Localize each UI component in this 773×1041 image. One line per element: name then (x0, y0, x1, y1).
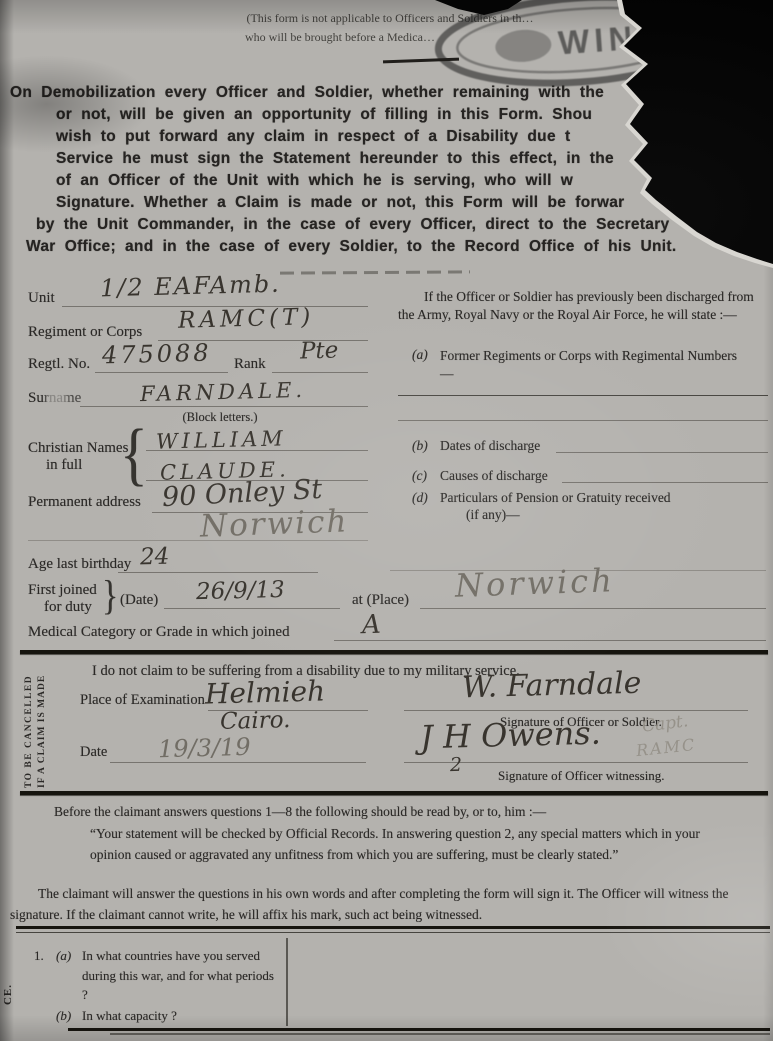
medical-label: Medical Category or Grade in which joine… (28, 624, 290, 641)
ink-smudge (280, 270, 470, 274)
rank-label: Rank (234, 356, 266, 373)
intro-line: by the Unit Commander, in the case of ev… (36, 216, 669, 234)
discharge-d-tag: (d) (412, 490, 428, 506)
medical-rule (334, 640, 766, 641)
cancel-sidebar-line2: IF A CLAIM IS MADE (37, 660, 47, 788)
surname-label: Surname (28, 390, 81, 407)
margin-vertical-text: CE. (2, 984, 14, 1005)
age-value: 24 (140, 544, 170, 571)
surname-hint: (Block letters.) (130, 410, 310, 425)
exam-date-label: Date (80, 744, 107, 761)
rank-rule (272, 372, 368, 373)
discharge-a-text: Former Regiments or Corps with Regimenta… (440, 347, 750, 382)
joined-place-rule (420, 608, 766, 609)
exam-place-label: Place of Examination (80, 692, 205, 709)
discharge-blank-rule-1 (398, 395, 768, 396)
christian-names-label: Christian Names (28, 440, 128, 457)
table-bottom-rule-a (68, 1028, 770, 1031)
officer-rank-pencil-1: Capt. (641, 711, 689, 736)
officer-sig-mark: 2 (450, 754, 463, 776)
intro-line: or not, will be given an opportunity of … (56, 106, 592, 124)
discharge-c-rule (562, 482, 768, 483)
regtl-no-label: Regtl. No. (28, 356, 90, 373)
joined-label-1: First joined (28, 582, 97, 599)
scanned-demobilization-form: (This form is not applicable to Officers… (0, 0, 773, 1041)
discharge-c-tag: (c) (412, 468, 427, 484)
table-top-rule-a (16, 926, 770, 929)
intro-line: On Demobilization every Officer and Sold… (10, 84, 604, 102)
christian-value-1: WILLIAM (156, 426, 287, 453)
instructions-p2: “Your statement will be checked by Offic… (90, 824, 706, 865)
joined-date-label: (Date) (120, 592, 158, 609)
address-label: Permanent address (28, 494, 141, 511)
regtl-no-rule (95, 372, 228, 373)
discharge-d-text2: (if any)— (466, 507, 520, 523)
joined-label-2: for duty (44, 599, 92, 616)
section-rule-2 (20, 791, 768, 795)
discharge-blank-rule-2 (398, 420, 768, 421)
surname-rule (80, 406, 368, 407)
joined-brace (102, 574, 118, 620)
medical-value: A (362, 610, 382, 640)
intro-line: of an Officer of the Unit with which he … (56, 172, 573, 190)
discharge-a-tag: (a) (412, 347, 428, 363)
joined-place-label: at (Place) (352, 592, 409, 609)
regiment-label: Regiment or Corps (28, 324, 142, 341)
q1b-text: In what capacity ? (82, 1008, 177, 1024)
section-rule-1 (20, 650, 768, 654)
regiment-value: RAMC(T) (178, 304, 315, 334)
discharge-d-text: Particulars of Pension or Gratuity recei… (440, 490, 671, 506)
q1a-tag: (a) (56, 948, 71, 964)
discharge-b-rule (556, 452, 768, 453)
q1a-text: In what countries have you served during… (82, 946, 282, 1005)
christian-brace (120, 413, 148, 493)
discharge-c-text: Causes of discharge (440, 468, 548, 484)
instructions-p3: The claimant will answer the questions i… (10, 884, 764, 925)
exam-date-value: 19/3/19 (158, 733, 251, 763)
exam-date-rule (110, 762, 366, 763)
officer-sig-caption: Signature of Officer witnessing. (498, 768, 665, 784)
intro-line: War Office; and in the case of every Sol… (26, 238, 676, 256)
joined-date-rule (164, 608, 340, 609)
officer-rank-pencil-2: RAMC (635, 735, 697, 760)
instructions-p1: Before the claimant answers questions 1—… (16, 802, 760, 822)
rank-value: Pte (300, 338, 339, 365)
table-top-rule-b (16, 932, 770, 933)
cancel-sidebar-line1: TO BE CANCELLED (24, 660, 34, 788)
intro-line: Signature. Whether a Claim is made or no… (56, 194, 624, 212)
joined-date-value: 26/9/13 (196, 577, 285, 605)
age-label: Age last birthday (28, 556, 131, 573)
soldier-sig-rule (404, 710, 748, 711)
intro-line: wish to put forward any claim in respect… (56, 128, 570, 146)
exam-place-value-2: Cairo. (220, 707, 291, 735)
discharge-intro: If the Officer or Soldier has previously… (398, 288, 770, 323)
cancel-sidebar: TO BE CANCELLED IF A CLAIM IS MADE (24, 660, 47, 788)
regtl-no-value: 475088 (102, 339, 212, 370)
exam-place-value-1: Helmieh (205, 674, 326, 710)
q1b-tag: (b) (56, 1008, 71, 1024)
unit-label: Unit (28, 290, 55, 307)
discharge-b-text: Dates of discharge (440, 438, 540, 454)
discharge-b-tag: (b) (412, 438, 428, 454)
soldier-signature: W. Farndale (462, 666, 642, 706)
surname-value: FARNDALE. (140, 378, 307, 406)
table-bottom-rule-b (110, 1033, 770, 1035)
joined-place-value: Norwich (454, 561, 615, 605)
address-value-2: Norwich (199, 503, 349, 544)
age-rule (118, 572, 318, 573)
q1-number: 1. (34, 948, 44, 964)
unit-value: 1/2 EAFAmb. (100, 270, 281, 303)
intro-line: Service he must sign the Statement hereu… (56, 150, 614, 168)
table-divider (286, 938, 288, 1026)
officer-signature: J H Owens. (420, 714, 602, 757)
christian-names-label2: in full (46, 457, 82, 474)
